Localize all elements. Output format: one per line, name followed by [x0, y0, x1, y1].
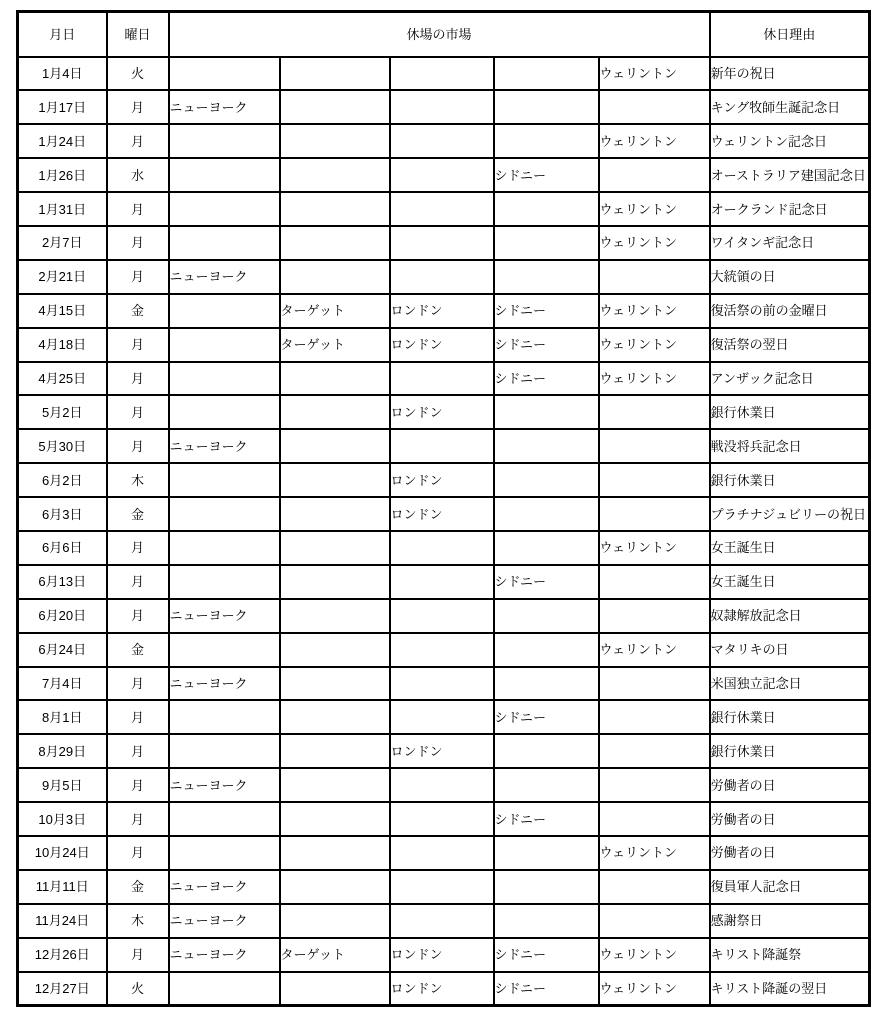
- reason-cell: アンザック記念日: [710, 362, 870, 396]
- market-cell: [390, 531, 494, 565]
- market-cell: シドニー: [494, 362, 599, 396]
- table-row: 2月21日月ニューヨーク大統領の日: [18, 260, 870, 294]
- market-cell: [280, 260, 390, 294]
- table-row: 5月2日月ロンドン銀行休業日: [18, 395, 870, 429]
- market-cell: [280, 565, 390, 599]
- market-cell: ターゲット: [280, 328, 390, 362]
- market-cell: [599, 768, 710, 802]
- market-cell: シドニー: [494, 294, 599, 328]
- market-cell: [494, 531, 599, 565]
- date-cell: 6月3日: [18, 497, 107, 531]
- market-cell: [169, 633, 280, 667]
- market-cell: ニューヨーク: [169, 90, 280, 124]
- market-cell: [280, 599, 390, 633]
- market-cell: [599, 734, 710, 768]
- table-row: 6月6日月ウェリントン女王誕生日: [18, 531, 870, 565]
- market-cell: ターゲット: [280, 938, 390, 972]
- reason-cell: 米国独立記念日: [710, 667, 870, 701]
- market-cell: [280, 158, 390, 192]
- reason-cell: キング牧師生誕記念日: [710, 90, 870, 124]
- date-cell: 4月18日: [18, 328, 107, 362]
- market-cell: [169, 565, 280, 599]
- header-row: 月日 曜日 休場の市場 休日理由: [18, 12, 870, 57]
- holiday-table-body: 1月4日火ウェリントン新年の祝日1月17日月ニューヨークキング牧師生誕記念日1月…: [18, 57, 870, 1006]
- market-cell: [390, 870, 494, 904]
- date-cell: 8月1日: [18, 700, 107, 734]
- market-cell: [494, 90, 599, 124]
- header-holiday-reason: 休日理由: [710, 12, 870, 57]
- weekday-cell: 月: [107, 260, 169, 294]
- reason-cell: 労働者の日: [710, 768, 870, 802]
- market-cell: ロンドン: [390, 938, 494, 972]
- date-cell: 6月13日: [18, 565, 107, 599]
- market-cell: [169, 395, 280, 429]
- market-cell: ウェリントン: [599, 633, 710, 667]
- market-cell: シドニー: [494, 938, 599, 972]
- weekday-cell: 月: [107, 836, 169, 870]
- market-cell: ロンドン: [390, 328, 494, 362]
- market-cell: [169, 734, 280, 768]
- weekday-cell: 金: [107, 294, 169, 328]
- weekday-cell: 火: [107, 57, 169, 91]
- table-row: 6月3日金ロンドンプラチナジュビリーの祝日: [18, 497, 870, 531]
- market-cell: [599, 90, 710, 124]
- market-cell: ロンドン: [390, 497, 494, 531]
- market-cell: [169, 158, 280, 192]
- market-cell: [280, 531, 390, 565]
- market-cell: ウェリントン: [599, 938, 710, 972]
- market-cell: ウェリントン: [599, 531, 710, 565]
- market-cell: [599, 260, 710, 294]
- table-row: 1月4日火ウェリントン新年の祝日: [18, 57, 870, 91]
- market-cell: [599, 158, 710, 192]
- weekday-cell: 月: [107, 362, 169, 396]
- reason-cell: 銀行休業日: [710, 395, 870, 429]
- market-cell: [169, 57, 280, 91]
- reason-cell: 女王誕生日: [710, 565, 870, 599]
- market-cell: [390, 904, 494, 938]
- weekday-cell: 月: [107, 124, 169, 158]
- market-cell: [169, 497, 280, 531]
- market-cell: [169, 463, 280, 497]
- market-cell: [390, 599, 494, 633]
- table-row: 1月26日水シドニーオーストラリア建国記念日: [18, 158, 870, 192]
- reason-cell: ウェリントン記念日: [710, 124, 870, 158]
- weekday-cell: 月: [107, 226, 169, 260]
- weekday-cell: 金: [107, 497, 169, 531]
- weekday-cell: 月: [107, 938, 169, 972]
- market-cell: ロンドン: [390, 294, 494, 328]
- market-cell: [280, 836, 390, 870]
- date-cell: 6月2日: [18, 463, 107, 497]
- reason-cell: 銀行休業日: [710, 700, 870, 734]
- weekday-cell: 木: [107, 904, 169, 938]
- market-cell: シドニー: [494, 328, 599, 362]
- weekday-cell: 水: [107, 158, 169, 192]
- reason-cell: オーストラリア建国記念日: [710, 158, 870, 192]
- table-row: 6月13日月シドニー女王誕生日: [18, 565, 870, 599]
- market-cell: ニューヨーク: [169, 768, 280, 802]
- reason-cell: 大統領の日: [710, 260, 870, 294]
- market-cell: シドニー: [494, 802, 599, 836]
- market-cell: [390, 565, 494, 599]
- market-cell: [280, 870, 390, 904]
- market-cell: [169, 328, 280, 362]
- date-cell: 9月5日: [18, 768, 107, 802]
- market-cell: [280, 463, 390, 497]
- reason-cell: キリスト降誕祭: [710, 938, 870, 972]
- market-cell: [390, 768, 494, 802]
- market-cell: ウェリントン: [599, 192, 710, 226]
- table-row: 12月27日火ロンドンシドニーウェリントンキリスト降誕の翌日: [18, 972, 870, 1006]
- market-cell: [280, 734, 390, 768]
- weekday-cell: 木: [107, 463, 169, 497]
- weekday-cell: 月: [107, 531, 169, 565]
- table-row: 8月1日月シドニー銀行休業日: [18, 700, 870, 734]
- table-row: 10月24日月ウェリントン労働者の日: [18, 836, 870, 870]
- market-cell: ウェリントン: [599, 294, 710, 328]
- market-cell: [280, 802, 390, 836]
- market-cell: [390, 90, 494, 124]
- market-cell: [494, 497, 599, 531]
- market-cell: [169, 531, 280, 565]
- weekday-cell: 火: [107, 972, 169, 1006]
- market-cell: [390, 57, 494, 91]
- market-cell: [280, 429, 390, 463]
- market-cell: [390, 124, 494, 158]
- table-row: 9月5日月ニューヨーク労働者の日: [18, 768, 870, 802]
- market-cell: [280, 395, 390, 429]
- market-cell: ニューヨーク: [169, 599, 280, 633]
- reason-cell: プラチナジュビリーの祝日: [710, 497, 870, 531]
- header-weekday: 曜日: [107, 12, 169, 57]
- table-row: 4月15日金ターゲットロンドンシドニーウェリントン復活祭の前の金曜日: [18, 294, 870, 328]
- market-cell: [390, 836, 494, 870]
- weekday-cell: 月: [107, 90, 169, 124]
- market-cell: [280, 768, 390, 802]
- table-row: 1月17日月ニューヨークキング牧師生誕記念日: [18, 90, 870, 124]
- table-row: 7月4日月ニューヨーク米国独立記念日: [18, 667, 870, 701]
- market-cell: ウェリントン: [599, 328, 710, 362]
- reason-cell: 新年の祝日: [710, 57, 870, 91]
- market-cell: ウェリントン: [599, 836, 710, 870]
- date-cell: 7月4日: [18, 667, 107, 701]
- weekday-cell: 金: [107, 870, 169, 904]
- reason-cell: 労働者の日: [710, 802, 870, 836]
- reason-cell: 感謝祭日: [710, 904, 870, 938]
- market-cell: [390, 226, 494, 260]
- market-cell: [390, 700, 494, 734]
- table-row: 6月2日木ロンドン銀行休業日: [18, 463, 870, 497]
- market-cell: [280, 192, 390, 226]
- market-cell: [599, 599, 710, 633]
- reason-cell: 復活祭の翌日: [710, 328, 870, 362]
- market-cell: [494, 429, 599, 463]
- market-cell: [494, 260, 599, 294]
- weekday-cell: 月: [107, 802, 169, 836]
- market-cell: [280, 90, 390, 124]
- market-cell: [599, 429, 710, 463]
- market-cell: [280, 124, 390, 158]
- header-closed-markets: 休場の市場: [169, 12, 710, 57]
- market-cell: ウェリントン: [599, 124, 710, 158]
- market-cell: [280, 362, 390, 396]
- market-cell: [494, 192, 599, 226]
- date-cell: 2月7日: [18, 226, 107, 260]
- market-cell: [494, 836, 599, 870]
- table-row: 2月7日月ウェリントンワイタンギ記念日: [18, 226, 870, 260]
- market-cell: [599, 802, 710, 836]
- date-cell: 1月26日: [18, 158, 107, 192]
- reason-cell: 戦没将兵記念日: [710, 429, 870, 463]
- table-row: 11月11日金ニューヨーク復員軍人記念日: [18, 870, 870, 904]
- market-cell: [280, 57, 390, 91]
- date-cell: 12月26日: [18, 938, 107, 972]
- date-cell: 10月24日: [18, 836, 107, 870]
- reason-cell: 復員軍人記念日: [710, 870, 870, 904]
- reason-cell: マタリキの日: [710, 633, 870, 667]
- market-cell: [280, 904, 390, 938]
- weekday-cell: 月: [107, 429, 169, 463]
- weekday-cell: 月: [107, 565, 169, 599]
- date-cell: 8月29日: [18, 734, 107, 768]
- weekday-cell: 月: [107, 700, 169, 734]
- market-cell: シドニー: [494, 972, 599, 1006]
- market-cell: [494, 226, 599, 260]
- reason-cell: オークランド記念日: [710, 192, 870, 226]
- market-cell: [599, 395, 710, 429]
- market-cell: [169, 700, 280, 734]
- market-cell: [494, 870, 599, 904]
- market-cell: [390, 158, 494, 192]
- market-cell: ロンドン: [390, 395, 494, 429]
- table-row: 1月31日月ウェリントンオークランド記念日: [18, 192, 870, 226]
- market-cell: [280, 700, 390, 734]
- date-cell: 4月25日: [18, 362, 107, 396]
- market-cell: [169, 802, 280, 836]
- market-cell: ニューヨーク: [169, 870, 280, 904]
- reason-cell: 女王誕生日: [710, 531, 870, 565]
- weekday-cell: 月: [107, 667, 169, 701]
- table-row: 8月29日月ロンドン銀行休業日: [18, 734, 870, 768]
- date-cell: 6月6日: [18, 531, 107, 565]
- market-cell: [390, 429, 494, 463]
- market-cell: [494, 599, 599, 633]
- market-cell: ニューヨーク: [169, 938, 280, 972]
- holiday-table: 月日 曜日 休場の市場 休日理由 1月4日火ウェリントン新年の祝日1月17日月ニ…: [16, 10, 871, 1007]
- weekday-cell: 金: [107, 633, 169, 667]
- reason-cell: ワイタンギ記念日: [710, 226, 870, 260]
- reason-cell: 奴隷解放記念日: [710, 599, 870, 633]
- market-cell: [494, 667, 599, 701]
- reason-cell: 労働者の日: [710, 836, 870, 870]
- date-cell: 6月24日: [18, 633, 107, 667]
- market-cell: [280, 667, 390, 701]
- market-cell: ニューヨーク: [169, 429, 280, 463]
- weekday-cell: 月: [107, 599, 169, 633]
- date-cell: 4月15日: [18, 294, 107, 328]
- date-cell: 10月3日: [18, 802, 107, 836]
- market-cell: ロンドン: [390, 734, 494, 768]
- market-cell: [280, 972, 390, 1006]
- weekday-cell: 月: [107, 192, 169, 226]
- reason-cell: 復活祭の前の金曜日: [710, 294, 870, 328]
- market-cell: [494, 633, 599, 667]
- date-cell: 6月20日: [18, 599, 107, 633]
- market-cell: [599, 700, 710, 734]
- table-row: 12月26日月ニューヨークターゲットロンドンシドニーウェリントンキリスト降誕祭: [18, 938, 870, 972]
- market-cell: [169, 972, 280, 1006]
- table-row: 6月24日金ウェリントンマタリキの日: [18, 633, 870, 667]
- weekday-cell: 月: [107, 395, 169, 429]
- date-cell: 11月24日: [18, 904, 107, 938]
- market-cell: [494, 395, 599, 429]
- market-cell: ウェリントン: [599, 972, 710, 1006]
- weekday-cell: 月: [107, 734, 169, 768]
- date-cell: 1月24日: [18, 124, 107, 158]
- weekday-cell: 月: [107, 328, 169, 362]
- market-cell: [280, 226, 390, 260]
- market-cell: ターゲット: [280, 294, 390, 328]
- table-row: 4月25日月シドニーウェリントンアンザック記念日: [18, 362, 870, 396]
- market-cell: シドニー: [494, 565, 599, 599]
- market-cell: [494, 57, 599, 91]
- market-cell: [599, 463, 710, 497]
- market-cell: [169, 192, 280, 226]
- market-cell: ニューヨーク: [169, 667, 280, 701]
- market-cell: [494, 904, 599, 938]
- market-cell: [169, 836, 280, 870]
- market-cell: [169, 362, 280, 396]
- reason-cell: 銀行休業日: [710, 734, 870, 768]
- market-cell: シドニー: [494, 700, 599, 734]
- reason-cell: キリスト降誕の翌日: [710, 972, 870, 1006]
- market-cell: ウェリントン: [599, 57, 710, 91]
- market-cell: ウェリントン: [599, 226, 710, 260]
- market-cell: [280, 497, 390, 531]
- date-cell: 1月31日: [18, 192, 107, 226]
- market-cell: [390, 260, 494, 294]
- market-cell: [390, 667, 494, 701]
- table-row: 6月20日月ニューヨーク奴隷解放記念日: [18, 599, 870, 633]
- market-cell: [390, 633, 494, 667]
- market-cell: [169, 226, 280, 260]
- market-cell: [494, 768, 599, 802]
- market-cell: [599, 497, 710, 531]
- market-cell: ロンドン: [390, 972, 494, 1006]
- date-cell: 5月2日: [18, 395, 107, 429]
- header-date: 月日: [18, 12, 107, 57]
- table-row: 10月3日月シドニー労働者の日: [18, 802, 870, 836]
- date-cell: 2月21日: [18, 260, 107, 294]
- market-cell: [169, 124, 280, 158]
- market-cell: [599, 870, 710, 904]
- market-cell: [390, 192, 494, 226]
- reason-cell: 銀行休業日: [710, 463, 870, 497]
- market-cell: [280, 633, 390, 667]
- date-cell: 12月27日: [18, 972, 107, 1006]
- date-cell: 11月11日: [18, 870, 107, 904]
- market-cell: [599, 904, 710, 938]
- date-cell: 1月17日: [18, 90, 107, 124]
- market-cell: [494, 463, 599, 497]
- market-cell: ウェリントン: [599, 362, 710, 396]
- market-cell: [599, 565, 710, 599]
- market-cell: ニューヨーク: [169, 904, 280, 938]
- market-cell: シドニー: [494, 158, 599, 192]
- market-cell: [599, 667, 710, 701]
- table-row: 1月24日月ウェリントンウェリントン記念日: [18, 124, 870, 158]
- market-cell: [494, 124, 599, 158]
- date-cell: 5月30日: [18, 429, 107, 463]
- market-cell: ロンドン: [390, 463, 494, 497]
- weekday-cell: 月: [107, 768, 169, 802]
- table-row: 11月24日木ニューヨーク感謝祭日: [18, 904, 870, 938]
- page: 月日 曜日 休場の市場 休日理由 1月4日火ウェリントン新年の祝日1月17日月ニ…: [0, 0, 886, 1024]
- market-cell: [390, 362, 494, 396]
- table-row: 4月18日月ターゲットロンドンシドニーウェリントン復活祭の翌日: [18, 328, 870, 362]
- market-cell: [494, 734, 599, 768]
- date-cell: 1月4日: [18, 57, 107, 91]
- market-cell: [390, 802, 494, 836]
- table-row: 5月30日月ニューヨーク戦没将兵記念日: [18, 429, 870, 463]
- market-cell: ニューヨーク: [169, 260, 280, 294]
- market-cell: [169, 294, 280, 328]
